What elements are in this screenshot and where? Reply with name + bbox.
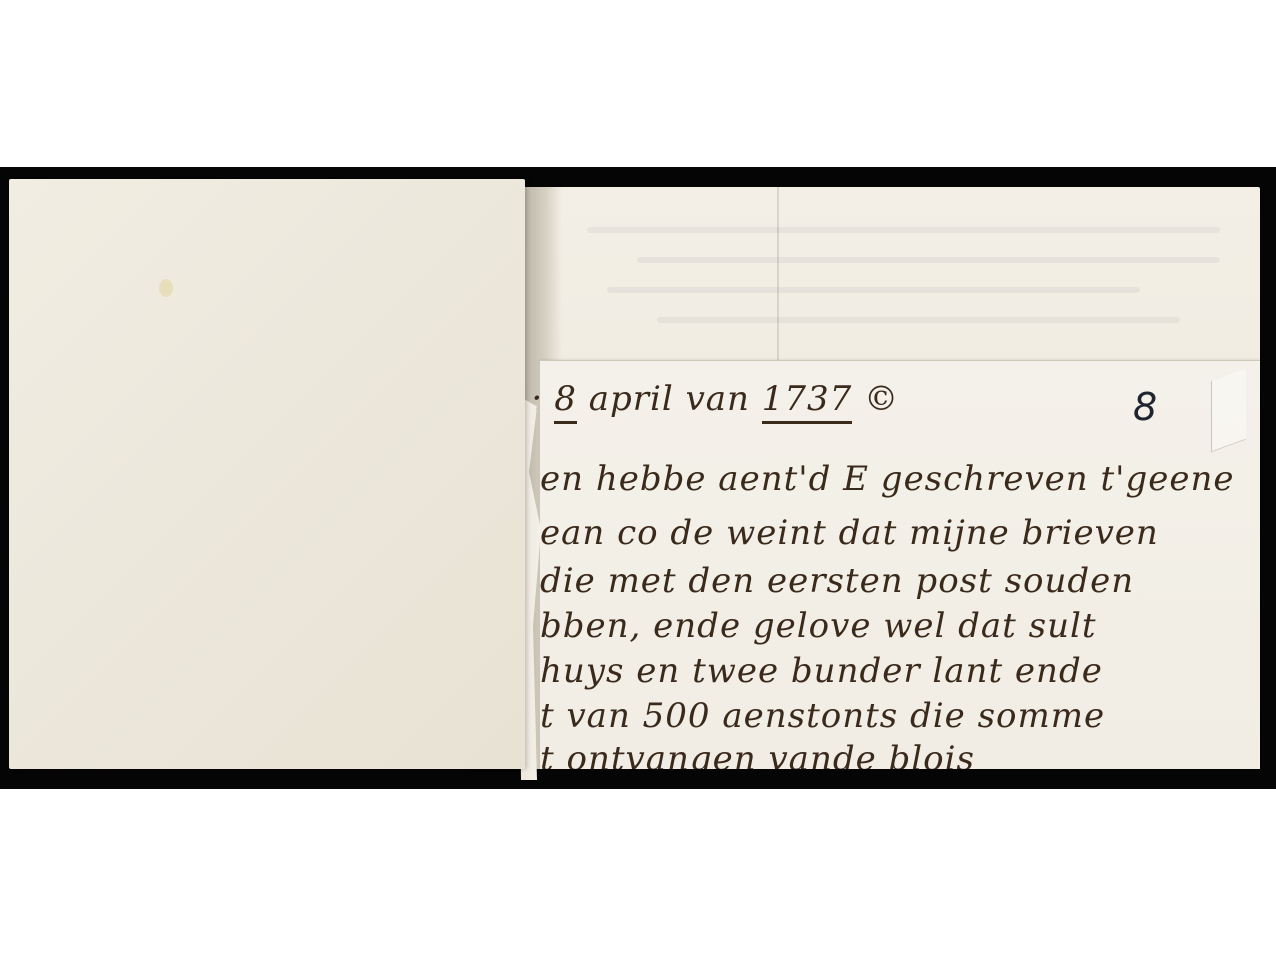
paper-stain <box>159 279 173 297</box>
date-year: 1737 <box>762 379 853 424</box>
letter-inner-page: : 8 april van 1737 © 8 en hebbe aent'd E… <box>540 360 1260 769</box>
letter-line: die met den eersten post souden <box>540 561 1134 601</box>
bleed-through-ink <box>637 257 1220 263</box>
letter-line: en hebbe aent'd E geschreven t'geene <box>540 459 1235 499</box>
bleed-through-ink <box>657 317 1180 323</box>
folded-corner <box>1211 369 1246 453</box>
letter-line-cut: t ontvangen vande blois <box>540 739 975 769</box>
letter-line: huys en twee bunder lant ende <box>540 651 1103 691</box>
date-day: 8 <box>554 379 577 424</box>
date-mark: © <box>864 379 899 419</box>
letter-line: t van 500 aenstonts die somme <box>540 696 1105 736</box>
folio-number: 8 <box>1133 385 1157 429</box>
letter-line: bben, ende gelove wel dat sult <box>540 606 1097 646</box>
paper-crease <box>777 187 779 362</box>
date-line: : 8 april van 1737 © <box>530 379 899 419</box>
date-month: april van <box>589 379 750 419</box>
bleed-through-ink <box>607 287 1140 293</box>
letter-line: ean co de weint dat mijne brieven <box>540 513 1159 553</box>
bleed-through-ink <box>587 227 1220 233</box>
folded-front-flap <box>9 179 525 769</box>
